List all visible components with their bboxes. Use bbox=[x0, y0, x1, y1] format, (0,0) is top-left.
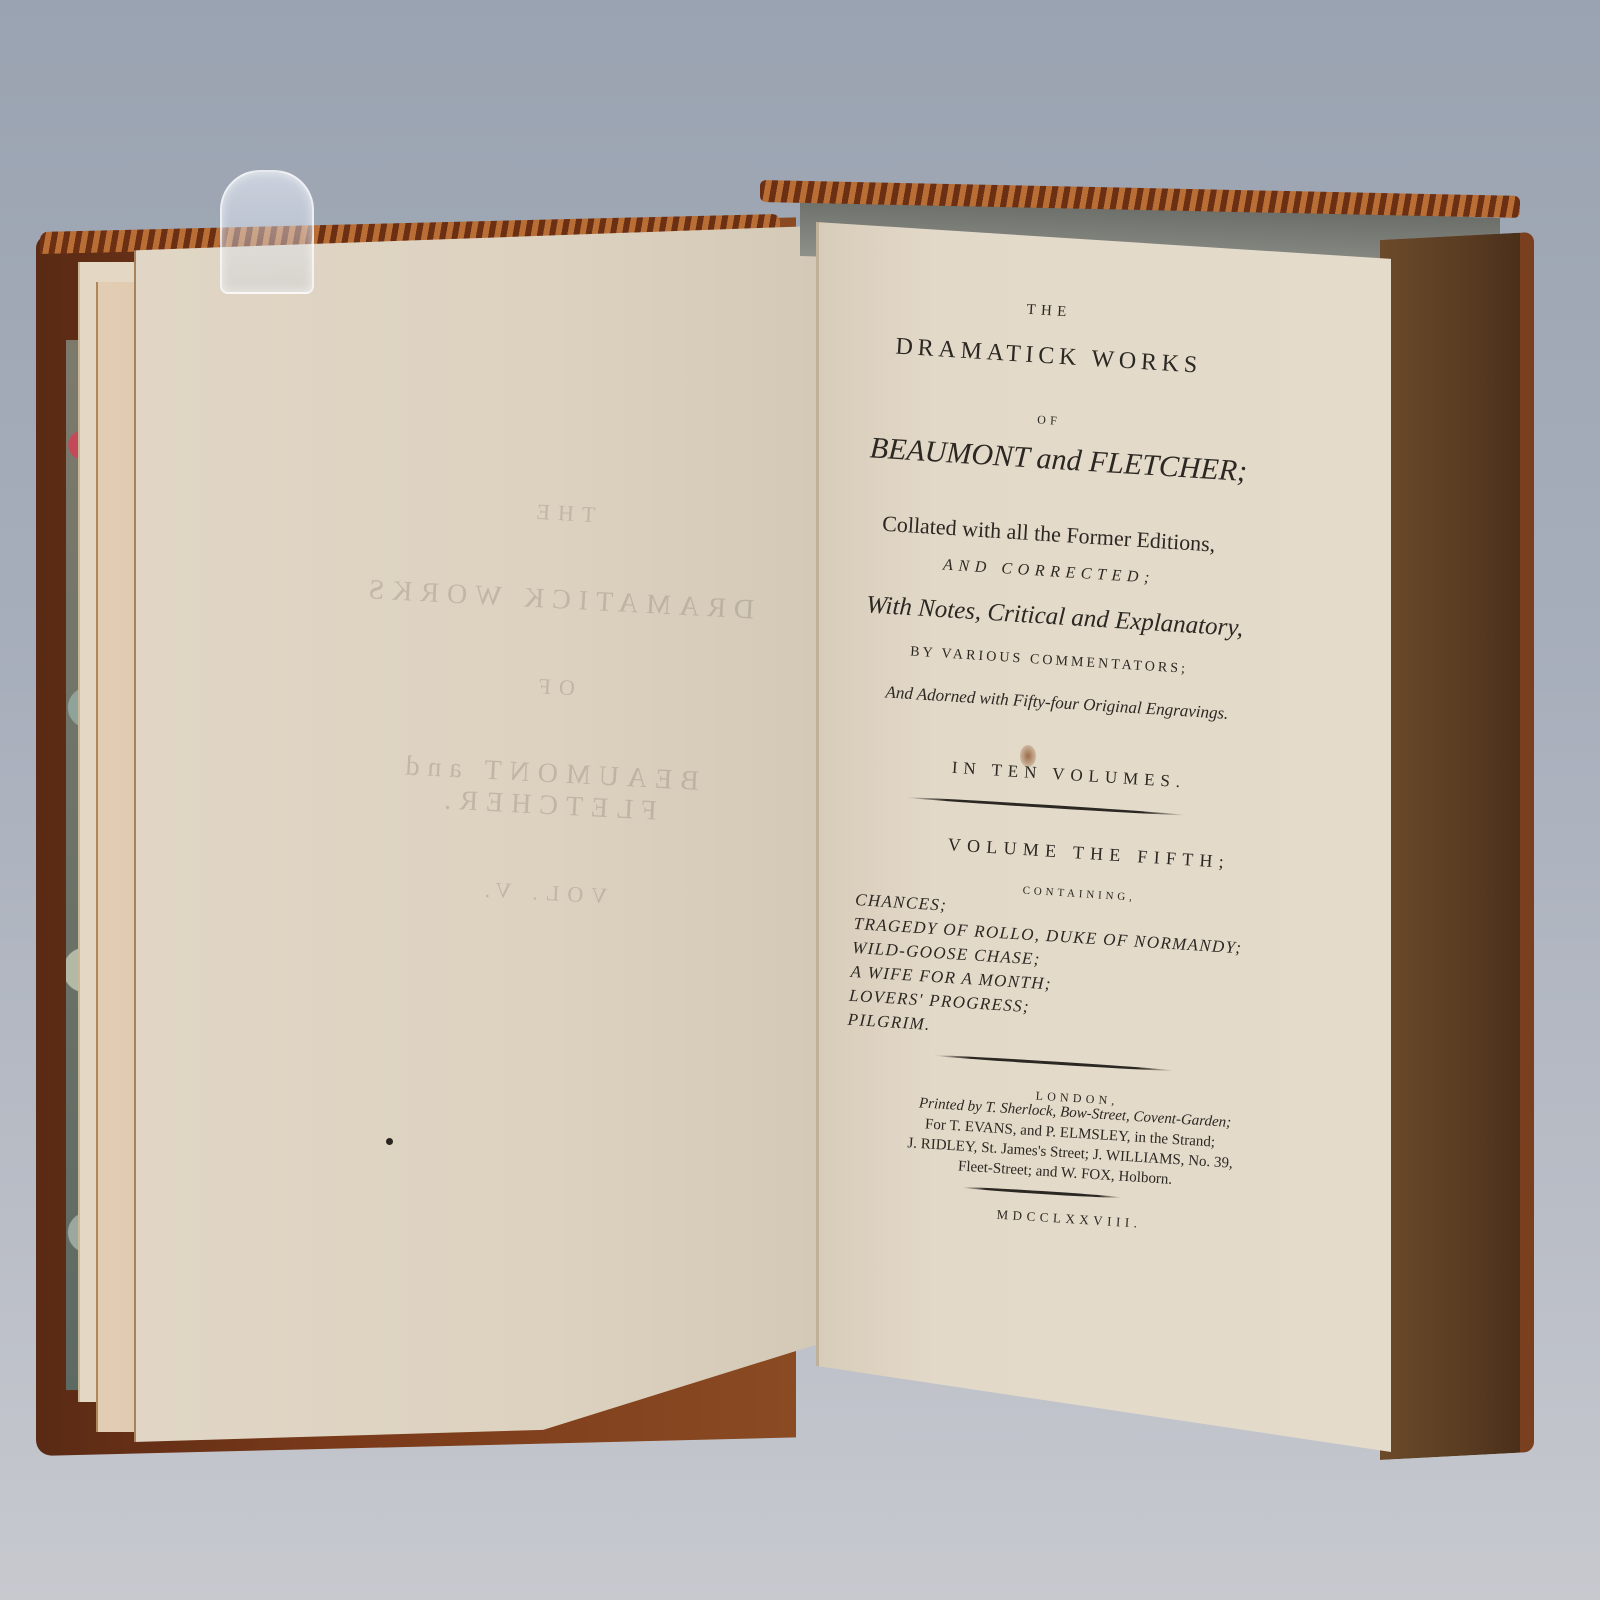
show-through-authors: BEAUMONT and FLETCHER. bbox=[296, 745, 799, 835]
fore-edge-and-board bbox=[1380, 232, 1534, 1460]
show-through-text: THE DRAMATICK WORKS OF BEAUMONT and FLET… bbox=[288, 487, 812, 993]
show-through-title: DRAMATICK WORKS bbox=[307, 571, 808, 629]
contents-list: CHANCES; TRAGEDY OF ROLLO, DUKE OF NORMA… bbox=[847, 888, 1275, 1058]
show-through-of: OF bbox=[302, 661, 803, 713]
ink-spot bbox=[386, 1138, 393, 1145]
show-through-volume: VOL. V. bbox=[292, 867, 793, 919]
page-clip bbox=[220, 170, 314, 294]
